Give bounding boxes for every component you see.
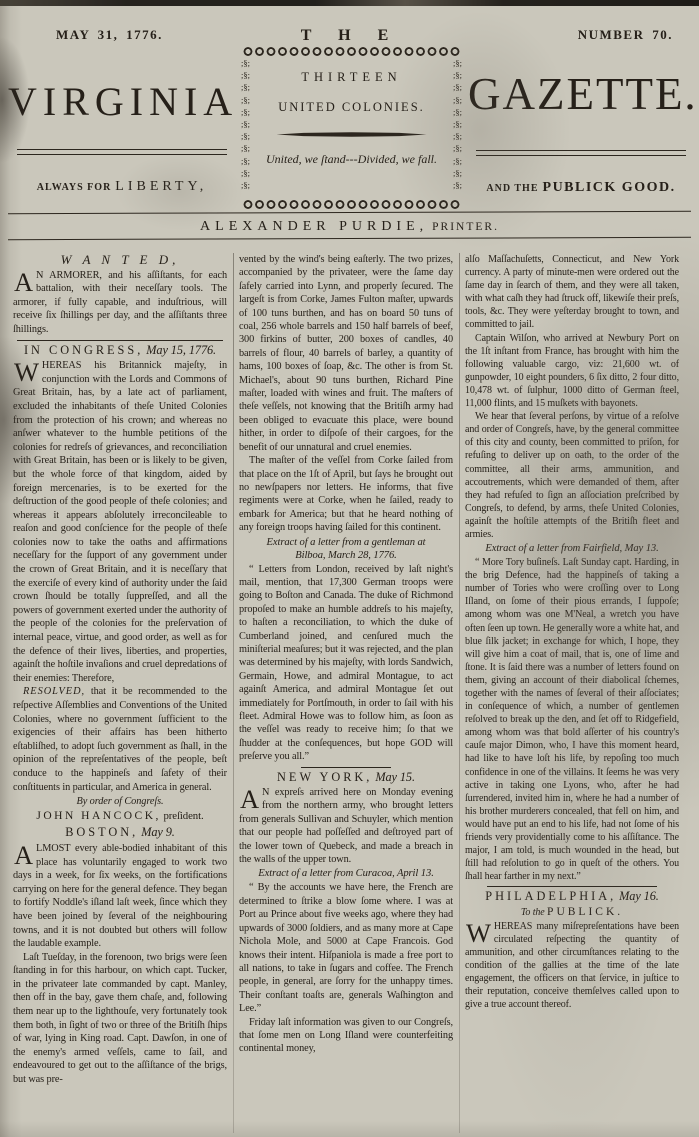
section-heading: W A N T E D, <box>13 253 227 267</box>
heading-date: May 9. <box>138 825 175 839</box>
rule <box>8 211 691 214</box>
paragraph: We hear that ſeveral perſons, by virtue … <box>465 410 679 541</box>
address-italic: To the <box>521 907 547 918</box>
extract-heading: Extract of a letter from a gentleman atB… <box>239 536 453 562</box>
slogan-and-the: AND THE <box>486 183 538 194</box>
paragraph: AN ARMORER, and his aſſiſtants, for each… <box>13 269 227 337</box>
newspaper-page: MAY 31, 1776. T H E NUMBER 70. VIRGINIA … <box>0 0 699 1137</box>
emblem-middle: ;§; ;§; ;§; ;§; ;§; ;§; ;§; ;§; ;§; ;§; … <box>237 57 466 199</box>
masthead-title-gazette: GAZETTE. <box>468 68 694 120</box>
column-1: W A N T E D,AN ARMORER, and his aſſiſtan… <box>10 253 230 1133</box>
column-divider <box>233 253 234 1133</box>
rule <box>8 237 691 240</box>
paragraph: AN expreſs arrived here on Monday evenin… <box>239 786 453 866</box>
extract-line: Extract of a letter from Fairfield, May … <box>465 542 679 555</box>
emblem-motto: United, we ſtand---Divided, we fall. <box>254 152 449 167</box>
heading-date: May 15. <box>372 770 415 784</box>
slogan-liberty: ALWAYS FOR LIBERTY, <box>8 177 236 195</box>
attribution-line: By order of Congreſs. <box>13 795 227 809</box>
address-caps: PUBLICK. <box>547 906 623 918</box>
drop-cap: A <box>13 269 36 293</box>
slogan-always-for: ALWAYS FOR <box>37 182 112 193</box>
paragraph: WHEREAS his Britannick majeſty, in conju… <box>13 359 227 685</box>
drop-cap: A <box>13 842 36 866</box>
paragraph: Captain Wilſon, who arrived at Newbury P… <box>465 332 679 411</box>
heading-caps: IN CONGRESS, <box>24 343 143 357</box>
printer-line: ALEXANDER PURDIE, PRINTER. <box>0 217 699 235</box>
swelled-rule-ornament <box>277 132 427 137</box>
paragraph: “ By the accounts we have here, the Fren… <box>239 881 453 1015</box>
double-rule <box>17 149 227 155</box>
emblem-box: ;§; ;§; ;§; ;§; ;§; ;§; ;§; ;§; ;§; ;§; … <box>237 46 466 210</box>
dateline-heading: NEW YORK, May 15. <box>239 771 453 785</box>
paragraph: ALMOST every able-bodied inhabitant of t… <box>13 842 227 951</box>
double-rule <box>476 150 686 156</box>
masthead-left: VIRGINIA ALWAYS FOR LIBERTY, <box>8 60 236 195</box>
issue-number: NUMBER 70. <box>578 27 673 43</box>
dateline-heading: PHILADELPHIA, May 16. <box>465 890 679 904</box>
rule <box>487 886 657 887</box>
emblem-content: THIRTEEN UNITED COLONIES. United, we ſta… <box>254 57 449 199</box>
masthead-right: GAZETTE. AND THE PUBLICK GOOD. <box>468 60 694 196</box>
column-divider <box>459 253 460 1133</box>
printer-band: ALEXANDER PURDIE, PRINTER. <box>0 212 699 239</box>
paragraph: WHEREAS many miſrepreſentations have bee… <box>465 920 679 1012</box>
extract-line: Bilboa, March 28, 1776. <box>239 549 453 562</box>
signature-suffix: preſident. <box>161 810 204 822</box>
extract-heading: Extract of a letter from Fairfield, May … <box>465 542 679 555</box>
heading-date: May 16. <box>616 889 659 903</box>
emblem-united-colonies: UNITED COLONIES. <box>254 100 449 115</box>
printer-name: ALEXANDER PURDIE, <box>200 219 428 234</box>
masthead-title-virginia: VIRGINIA <box>8 78 236 125</box>
paragraph: Laſt Tueſday, in the forenoon, two brigs… <box>13 951 227 1087</box>
extract-line: Extract of a letter from a gentleman at <box>239 536 453 549</box>
heading-date: May 15, 1776. <box>143 343 216 357</box>
extract-heading: Extract of a letter from Curacoa, April … <box>239 867 453 880</box>
paragraph: alſo Maſſachuſetts, Connecticut, and New… <box>465 253 679 332</box>
paragraph: vented by the wind's being eaſterly. The… <box>239 253 453 454</box>
side-ornament-left: ;§; ;§; ;§; ;§; ;§; ;§; ;§; ;§; ;§; ;§; … <box>237 57 254 199</box>
emblem-thirteen: THIRTEEN <box>254 70 449 85</box>
drop-cap: W <box>465 920 494 944</box>
heading-caps: BOSTON, <box>65 825 138 839</box>
paragraph: RESOLVED, that it be recommended to the … <box>13 685 227 794</box>
address-heading: To the PUBLICK. <box>465 906 679 919</box>
chain-ornament-top <box>242 46 461 57</box>
rule <box>301 767 391 768</box>
paragraph: Friday laſt information was given to our… <box>239 1016 453 1056</box>
rule <box>17 340 223 341</box>
paragraph: “ More Tory buſineſs. Laſt Sunday capt. … <box>465 556 679 883</box>
slogan-liberty-word: LIBERTY, <box>115 179 207 194</box>
heading-caps: PHILADELPHIA, <box>485 889 616 903</box>
drop-cap: A <box>239 786 262 810</box>
lead-in: RESOLVED, <box>23 686 85 697</box>
extract-line: Extract of a letter from Curacoa, April … <box>239 867 453 880</box>
article-columns: W A N T E D,AN ARMORER, and his aſſiſtan… <box>10 253 694 1133</box>
dateline-heading: BOSTON, May 9. <box>13 826 227 841</box>
chain-ornament-bottom <box>242 199 461 210</box>
signature-line: JOHN HANCOCK, preſident. <box>13 810 227 824</box>
paragraph: “ Letters from London, received by laſt … <box>239 563 453 764</box>
slogan-publick-good-words: PUBLICK GOOD. <box>543 180 676 195</box>
column-3: alſo Maſſachuſetts, Connecticut, and New… <box>462 253 682 1133</box>
drop-cap: W <box>13 359 42 383</box>
printer-title: PRINTER. <box>432 221 499 233</box>
dateline-heading: IN CONGRESS, May 15, 1776. <box>13 344 227 359</box>
heading-caps: NEW YORK, <box>277 770 372 784</box>
signature-name: JOHN HANCOCK, <box>36 810 161 822</box>
side-ornament-right: ;§; ;§; ;§; ;§; ;§; ;§; ;§; ;§; ;§; ;§; … <box>449 57 466 199</box>
slogan-publick-good: AND THE PUBLICK GOOD. <box>468 178 694 196</box>
paragraph: The maſter of the veſſel from Corke ſail… <box>239 454 453 534</box>
column-2: vented by the wind's being eaſterly. The… <box>236 253 456 1133</box>
